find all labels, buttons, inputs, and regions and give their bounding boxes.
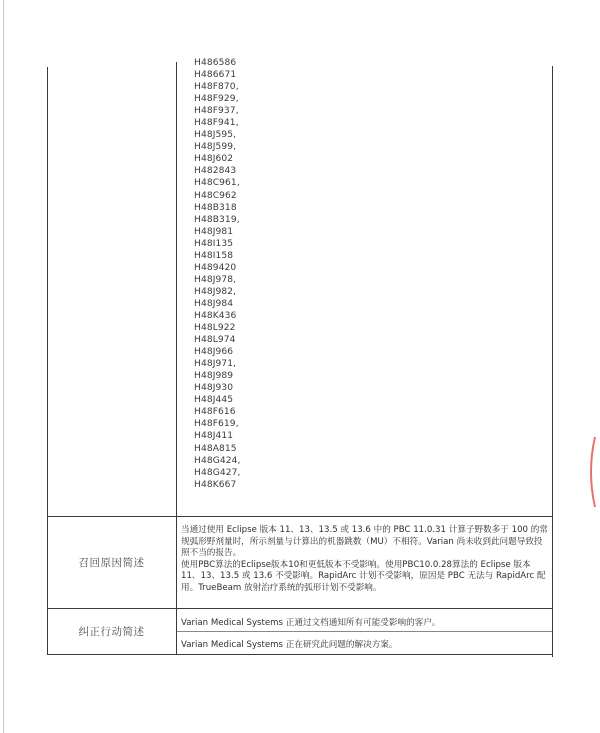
serial-number-item: H48L974 — [194, 334, 241, 346]
serial-number-item: H48C962 — [194, 190, 241, 202]
corrective-action-label: 纠正行动简述 — [47, 609, 176, 654]
table-bottom-border — [47, 654, 553, 655]
serial-number-item: H48J595, — [194, 129, 241, 141]
serial-number-item: H486671 — [194, 69, 241, 81]
serial-number-item: H48J966 — [194, 346, 241, 358]
table-column-divider — [176, 62, 177, 654]
serial-number-item: H48J984 — [194, 298, 241, 310]
serial-number-item: H48I135 — [194, 238, 241, 250]
serial-number-item: H48B319, — [194, 214, 241, 226]
serial-number-item: H48F941, — [194, 117, 241, 129]
serial-number-item: H48J930 — [194, 382, 241, 394]
corrective-action-line: Varian Medical Systems 正在研究此问题的解决方案。 — [181, 638, 551, 650]
serial-number-item: H48G424, — [194, 455, 241, 467]
serial-number-item: H48A815 — [194, 443, 241, 455]
recall-reason-label: 召回原因简述 — [47, 517, 176, 608]
serial-number-item: H48J599, — [194, 141, 241, 153]
recall-reason-paragraph: 使用PBC算法的Eclipse版本10和更低版本不受影响。使用PBC10.0.2… — [181, 560, 551, 595]
serial-number-item: H48G427, — [194, 467, 241, 479]
corrective-action-divider — [177, 631, 552, 632]
serial-number-item: H48F616 — [194, 406, 241, 418]
serial-number-item: H48F619, — [194, 418, 241, 430]
serial-number-item: H489420 — [194, 262, 241, 274]
serial-number-item: H48K667 — [194, 479, 241, 491]
serial-number-item: H48F937, — [194, 105, 241, 117]
serial-number-item: H48J411 — [194, 430, 241, 442]
serial-number-item: H48J971, — [194, 358, 241, 370]
red-stamp-mark: . . — [585, 432, 599, 512]
serial-number-item: H486586 — [194, 57, 241, 69]
serial-number-item: H48J602 — [194, 153, 241, 165]
serial-number-item: H48C961, — [194, 177, 241, 189]
serial-number-item: H48F870, — [194, 81, 241, 93]
corrective-action-line: Varian Medical Systems 正通过文档通知所有可能受影响的客户… — [181, 616, 551, 628]
serial-number-item: H48B318 — [194, 202, 241, 214]
serial-number-item: H48J981 — [194, 226, 241, 238]
serial-number-item: H482843 — [194, 165, 241, 177]
recall-reason-text: 当通过使用 Eclipse 版本 11、13、13.5 或 13.6 中的 PB… — [181, 525, 551, 595]
serial-number-item: H48J445 — [194, 394, 241, 406]
svg-text:.: . — [591, 457, 593, 464]
serial-number-item: H48L922 — [194, 322, 241, 334]
page-left-edge — [3, 0, 4, 733]
serial-number-item: H48I158 — [194, 250, 241, 262]
affected-serial-numbers-list: H486586H486671H48F870,H48F929,H48F937,H4… — [194, 57, 241, 491]
recall-reason-paragraph: 当通过使用 Eclipse 版本 11、13、13.5 或 13.6 中的 PB… — [181, 525, 551, 560]
serial-number-item: H48K436 — [194, 310, 241, 322]
serial-number-item: H48J982, — [194, 286, 241, 298]
serial-number-item: H48F929, — [194, 93, 241, 105]
serial-number-item: H48J978, — [194, 274, 241, 286]
table-right-border — [552, 66, 553, 657]
svg-text:.: . — [593, 487, 595, 494]
serial-number-item: H48J989 — [194, 370, 241, 382]
